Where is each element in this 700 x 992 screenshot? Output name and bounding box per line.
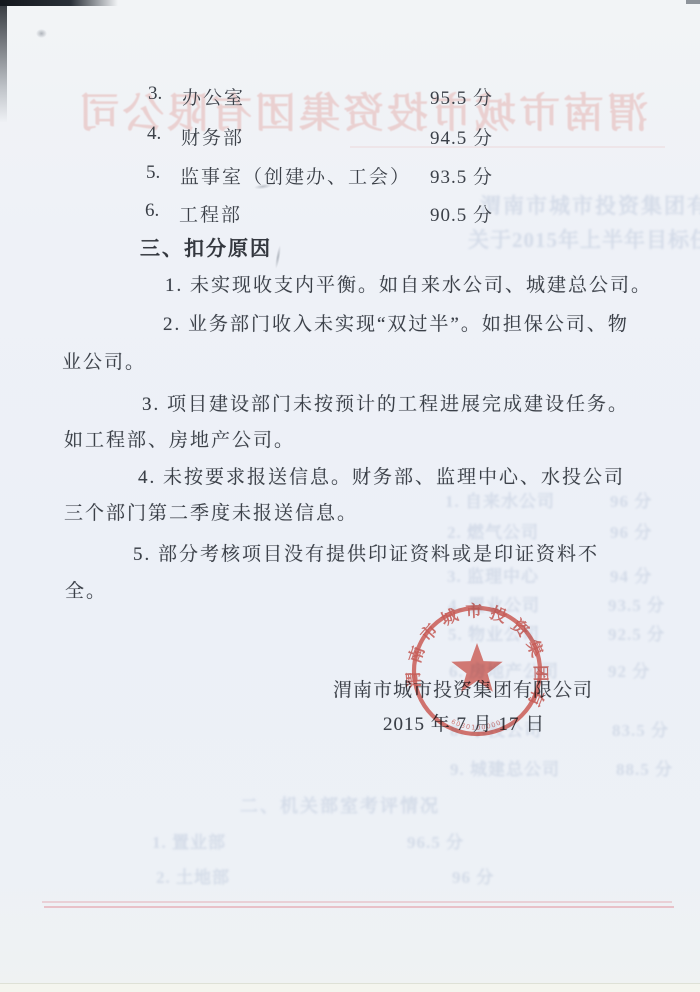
score-row-number: 6. bbox=[145, 200, 159, 222]
paragraph-line: 业公司。 bbox=[62, 347, 146, 374]
section-heading: 三、扣分原因 bbox=[140, 232, 272, 261]
paragraph-line: 4. 未按要求报送信息。财务部、监理中心、水投公司 bbox=[138, 462, 625, 489]
scan-edge-artifact bbox=[0, 983, 700, 992]
score-row-value: 90.5 分 bbox=[430, 200, 493, 227]
paragraph-line: 2. 业务部门收入未实现“双过半”。如担保公司、物 bbox=[163, 309, 629, 336]
scanned-document-page: 渭南市城市投资集团有限公司 渭南市城市投资集团有限公司 关于2015年上半年目标… bbox=[0, 0, 700, 992]
score-row-name: 办公室 bbox=[182, 83, 245, 110]
paragraph-line: 1. 未实现收支内平衡。如自来水公司、城建总公司。 bbox=[165, 270, 652, 297]
paragraph-line: 3. 项目建设部门未按预计的工程进展完成建设任务。 bbox=[142, 389, 629, 416]
bleedthrough-doc-title-line1: 渭南市城市投资集团有限公司 bbox=[480, 190, 700, 220]
bleedthrough-score: 96 分 bbox=[610, 518, 652, 543]
score-row-name: 工程部 bbox=[179, 200, 242, 227]
paragraph-line: 如工程部、房地产公司。 bbox=[64, 425, 295, 452]
paragraph-line: 全。 bbox=[65, 576, 107, 603]
bleedthrough-score: 92 分 bbox=[608, 657, 650, 682]
bleedthrough-score: 93.5 分 bbox=[608, 591, 665, 616]
score-row-value: 94.5 分 bbox=[430, 123, 493, 150]
bleedthrough-score: 94 分 bbox=[610, 562, 652, 587]
bleedthrough-doc-title-line2: 关于2015年上半年目标任务考核情况的通报 bbox=[468, 224, 700, 254]
scan-smudge bbox=[274, 245, 282, 269]
seal-star-icon bbox=[451, 643, 502, 692]
score-row-number: 5. bbox=[146, 162, 160, 184]
score-row-value: 93.5 分 bbox=[430, 162, 493, 189]
bleedthrough-row: 9. 城建总公司 bbox=[450, 755, 560, 780]
bleedthrough-row: 2. 土地部 bbox=[156, 863, 230, 888]
bleedthrough-score: 92.5 分 bbox=[608, 620, 665, 645]
paragraph-line: 5. 部分考核项目没有提供印证资料或是印证资料不 bbox=[133, 539, 599, 566]
scan-edge-artifact bbox=[0, 3, 7, 123]
score-row-name: 财务部 bbox=[181, 123, 244, 150]
bleedthrough-row: 1. 自来水公司 bbox=[445, 487, 555, 512]
bleedthrough-row: 1. 置业部 bbox=[152, 828, 226, 853]
bleedthrough-score: 96 分 bbox=[452, 863, 494, 888]
bleedthrough-red-rule-top bbox=[42, 901, 672, 903]
bleedthrough-score: 83.5 分 bbox=[612, 716, 669, 741]
bleedthrough-letterhead-rule bbox=[350, 146, 665, 148]
scan-smudge bbox=[36, 29, 47, 38]
bleedthrough-score: 96 分 bbox=[610, 487, 652, 512]
bleedthrough-section2-heading: 二、机关部室考评情况 bbox=[240, 792, 440, 818]
company-seal: 渭南市城市投资集团有限公司 6030100000 bbox=[397, 594, 557, 754]
bleedthrough-score: 88.5 分 bbox=[616, 755, 673, 780]
score-row-value: 95.5 分 bbox=[430, 83, 493, 110]
score-row-number: 3. bbox=[148, 83, 162, 105]
score-row-name: 监事室（创建办、工会） bbox=[180, 162, 411, 189]
scan-edge-artifact bbox=[686, 0, 700, 4]
paragraph-line: 三个部门第二季度未报送信息。 bbox=[64, 498, 358, 525]
scan-edge-artifact bbox=[0, 0, 118, 6]
bleedthrough-score: 96.5 分 bbox=[407, 828, 464, 853]
bleedthrough-red-rule-bottom bbox=[44, 906, 674, 908]
score-row-number: 4. bbox=[147, 123, 161, 145]
